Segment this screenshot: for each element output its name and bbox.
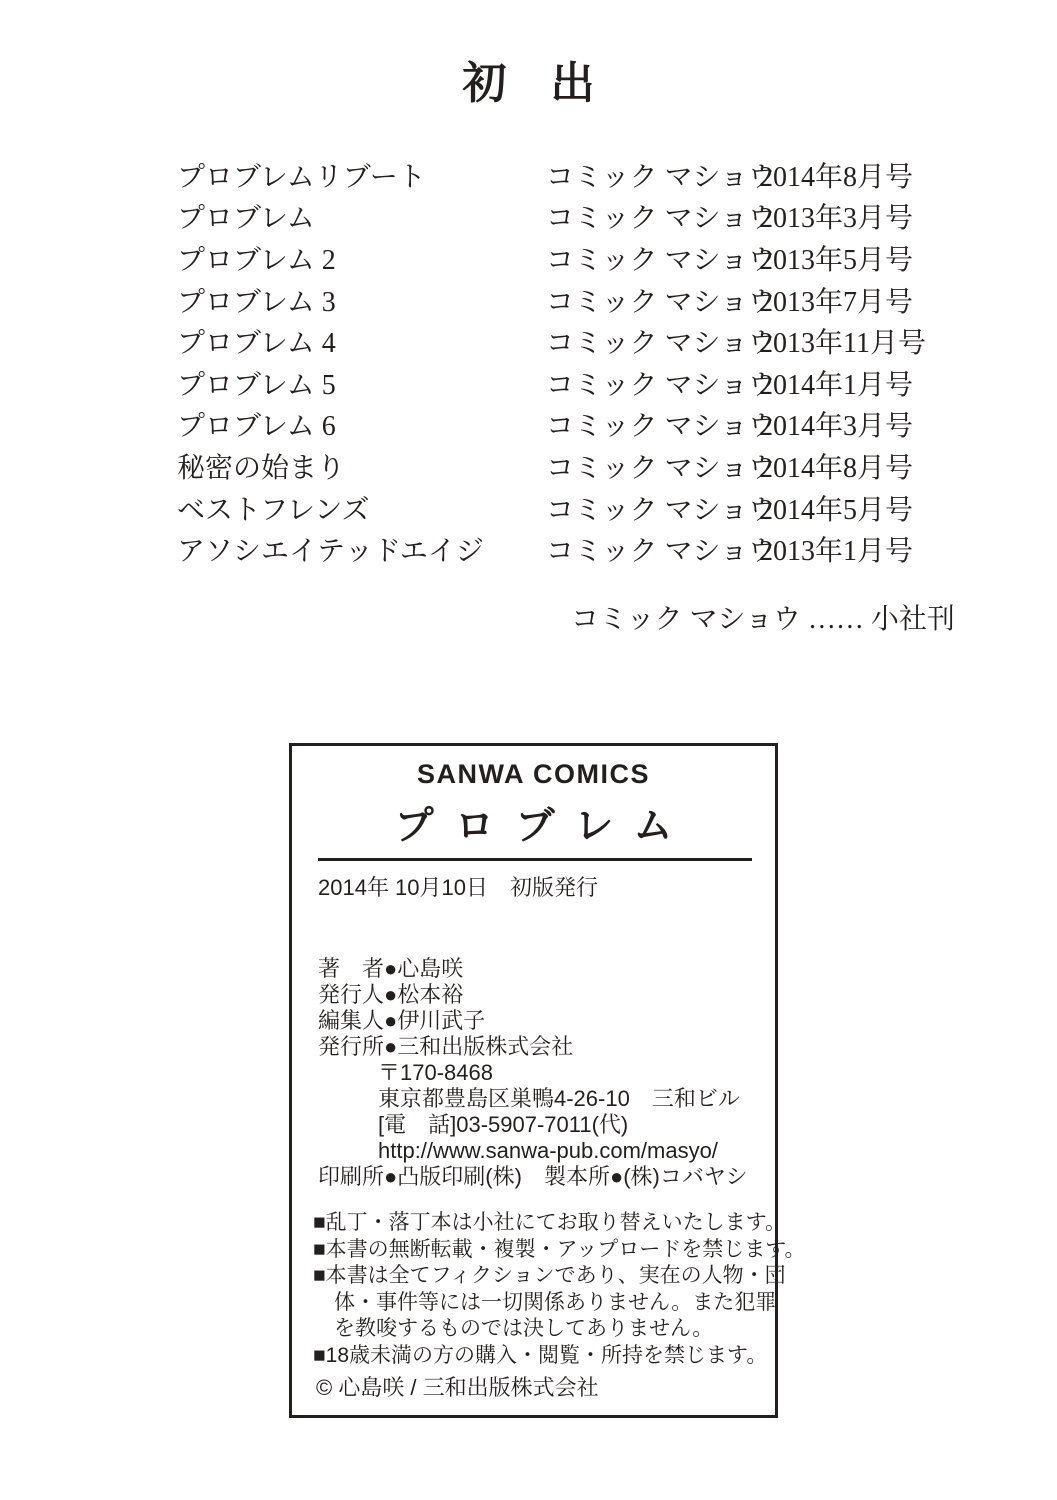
magazine-footnote: コミック マショウ …… 小社刊: [571, 597, 955, 637]
publication-row: アソシエイテッドエイジ コミック マショウ 2013年1月号: [177, 528, 926, 570]
copyright-line: © 心島咲 / 三和出版株式会社: [316, 1371, 599, 1402]
issue-date: 2014年1月号: [759, 363, 926, 403]
chapter-title: ベストフレンズ: [177, 488, 546, 528]
magazine-name: コミック マショウ: [546, 529, 759, 569]
publication-row: プロブレム 2 コミック マショウ 2013年5月号: [177, 237, 926, 279]
magazine-name: コミック マショウ: [546, 238, 759, 278]
publication-row: プロブレム 6 コミック マショウ 2014年3月号: [177, 404, 926, 446]
publisher-line: 発行人●松本裕: [318, 982, 775, 1008]
street-address: 東京都豊島区巣鴨4-26-10 三和ビル: [318, 1086, 775, 1112]
magazine-name: コミック マショウ: [546, 196, 759, 236]
notice-line: を教唆するものでは決してありません。: [313, 1316, 775, 1343]
title-rule: [318, 858, 752, 861]
publication-info: 著 者●心島咲 発行人●松本裕 編集人●伊川武子 発行所●三和出版株式会社 〒1…: [318, 956, 775, 1190]
publisher-url: http://www.sanwa-pub.com/masyo/: [318, 1138, 775, 1164]
author-line: 著 者●心島咲: [318, 956, 775, 982]
publication-row: 秘密の始まり コミック マショウ 2014年8月号: [177, 445, 926, 487]
publication-row: プロブレム 3 コミック マショウ 2013年7月号: [177, 279, 926, 321]
chapter-title: プロブレム 4: [177, 321, 546, 361]
chapter-title: プロブレム 6: [177, 404, 546, 444]
colophon-box: SANWA COMICS プロブレム 2014年 10月10日 初版発行 著 者…: [289, 743, 778, 1418]
publishing-company-line: 発行所●三和出版株式会社: [318, 1034, 775, 1060]
chapter-title: プロブレム 3: [177, 280, 546, 320]
magazine-name: コミック マショウ: [546, 446, 759, 486]
magazine-name: コミック マショウ: [546, 321, 759, 361]
postal-code: 〒170-8468: [318, 1060, 775, 1086]
publication-row: プロブレムリブート コミック マショウ 2014年8月号: [177, 154, 926, 196]
first-publication-list: プロブレムリブート コミック マショウ 2014年8月号 プロブレム コミック …: [177, 154, 926, 570]
publication-row: プロブレム 5 コミック マショウ 2014年1月号: [177, 362, 926, 404]
notice-line: ■本書は全てフィクションであり、実在の人物・団: [313, 1263, 775, 1290]
edition-date: 2014年 10月10日 初版発行: [318, 871, 775, 902]
chapter-title: プロブレムリブート: [177, 155, 546, 195]
publication-row: プロブレム コミック マショウ 2013年3月号: [177, 196, 926, 238]
phone-number: [電 話]03-5907-7011(代): [318, 1112, 775, 1138]
issue-date: 2014年3月号: [759, 404, 926, 444]
notice-line: ■乱丁・落丁本は小社にてお取り替えいたします。: [313, 1210, 775, 1237]
chapter-title: プロブレム 5: [177, 363, 546, 403]
issue-date: 2013年5月号: [759, 238, 926, 278]
chapter-title: 秘密の始まり: [177, 446, 546, 486]
notice-line: 体・事件等には一切関係ありません。また犯罪: [313, 1290, 775, 1317]
issue-date: 2014年5月号: [759, 488, 926, 528]
magazine-name: コミック マショウ: [546, 155, 759, 195]
issue-date: 2014年8月号: [759, 446, 926, 486]
editor-line: 編集人●伊川武子: [318, 1008, 775, 1034]
magazine-name: コミック マショウ: [546, 488, 759, 528]
chapter-title: アソシエイテッドエイジ: [177, 529, 546, 569]
book-title: プロブレム: [292, 795, 775, 851]
printing-binding-line: 印刷所●凸版印刷(株) 製本所●(株)コバヤシ: [318, 1164, 775, 1190]
colophon-page: 初 出 プロブレムリブート コミック マショウ 2014年8月号 プロブレム コ…: [0, 0, 1057, 1500]
chapter-title: プロブレム: [177, 196, 546, 236]
magazine-name: コミック マショウ: [546, 363, 759, 403]
issue-date: 2013年3月号: [759, 196, 926, 236]
magazine-name: コミック マショウ: [546, 404, 759, 444]
issue-date: 2013年11月号: [759, 321, 926, 361]
issue-date: 2013年1月号: [759, 529, 926, 569]
imprint-name: SANWA COMICS: [292, 759, 775, 790]
page-title: 初 出: [0, 47, 1057, 111]
chapter-title: プロブレム 2: [177, 238, 546, 278]
magazine-name: コミック マショウ: [546, 280, 759, 320]
legal-notices: ■乱丁・落丁本は小社にてお取り替えいたします。 ■本書の無断転載・複製・アップロ…: [313, 1210, 775, 1369]
publication-row: ベストフレンズ コミック マショウ 2014年5月号: [177, 487, 926, 529]
issue-date: 2014年8月号: [759, 155, 926, 195]
publication-row: プロブレム 4 コミック マショウ 2013年11月号: [177, 320, 926, 362]
notice-line: ■本書の無断転載・複製・アップロードを禁じます。: [313, 1237, 775, 1264]
notice-line: ■18歳未満の方の購入・閲覧・所持を禁じます。: [313, 1343, 775, 1370]
issue-date: 2013年7月号: [759, 280, 926, 320]
